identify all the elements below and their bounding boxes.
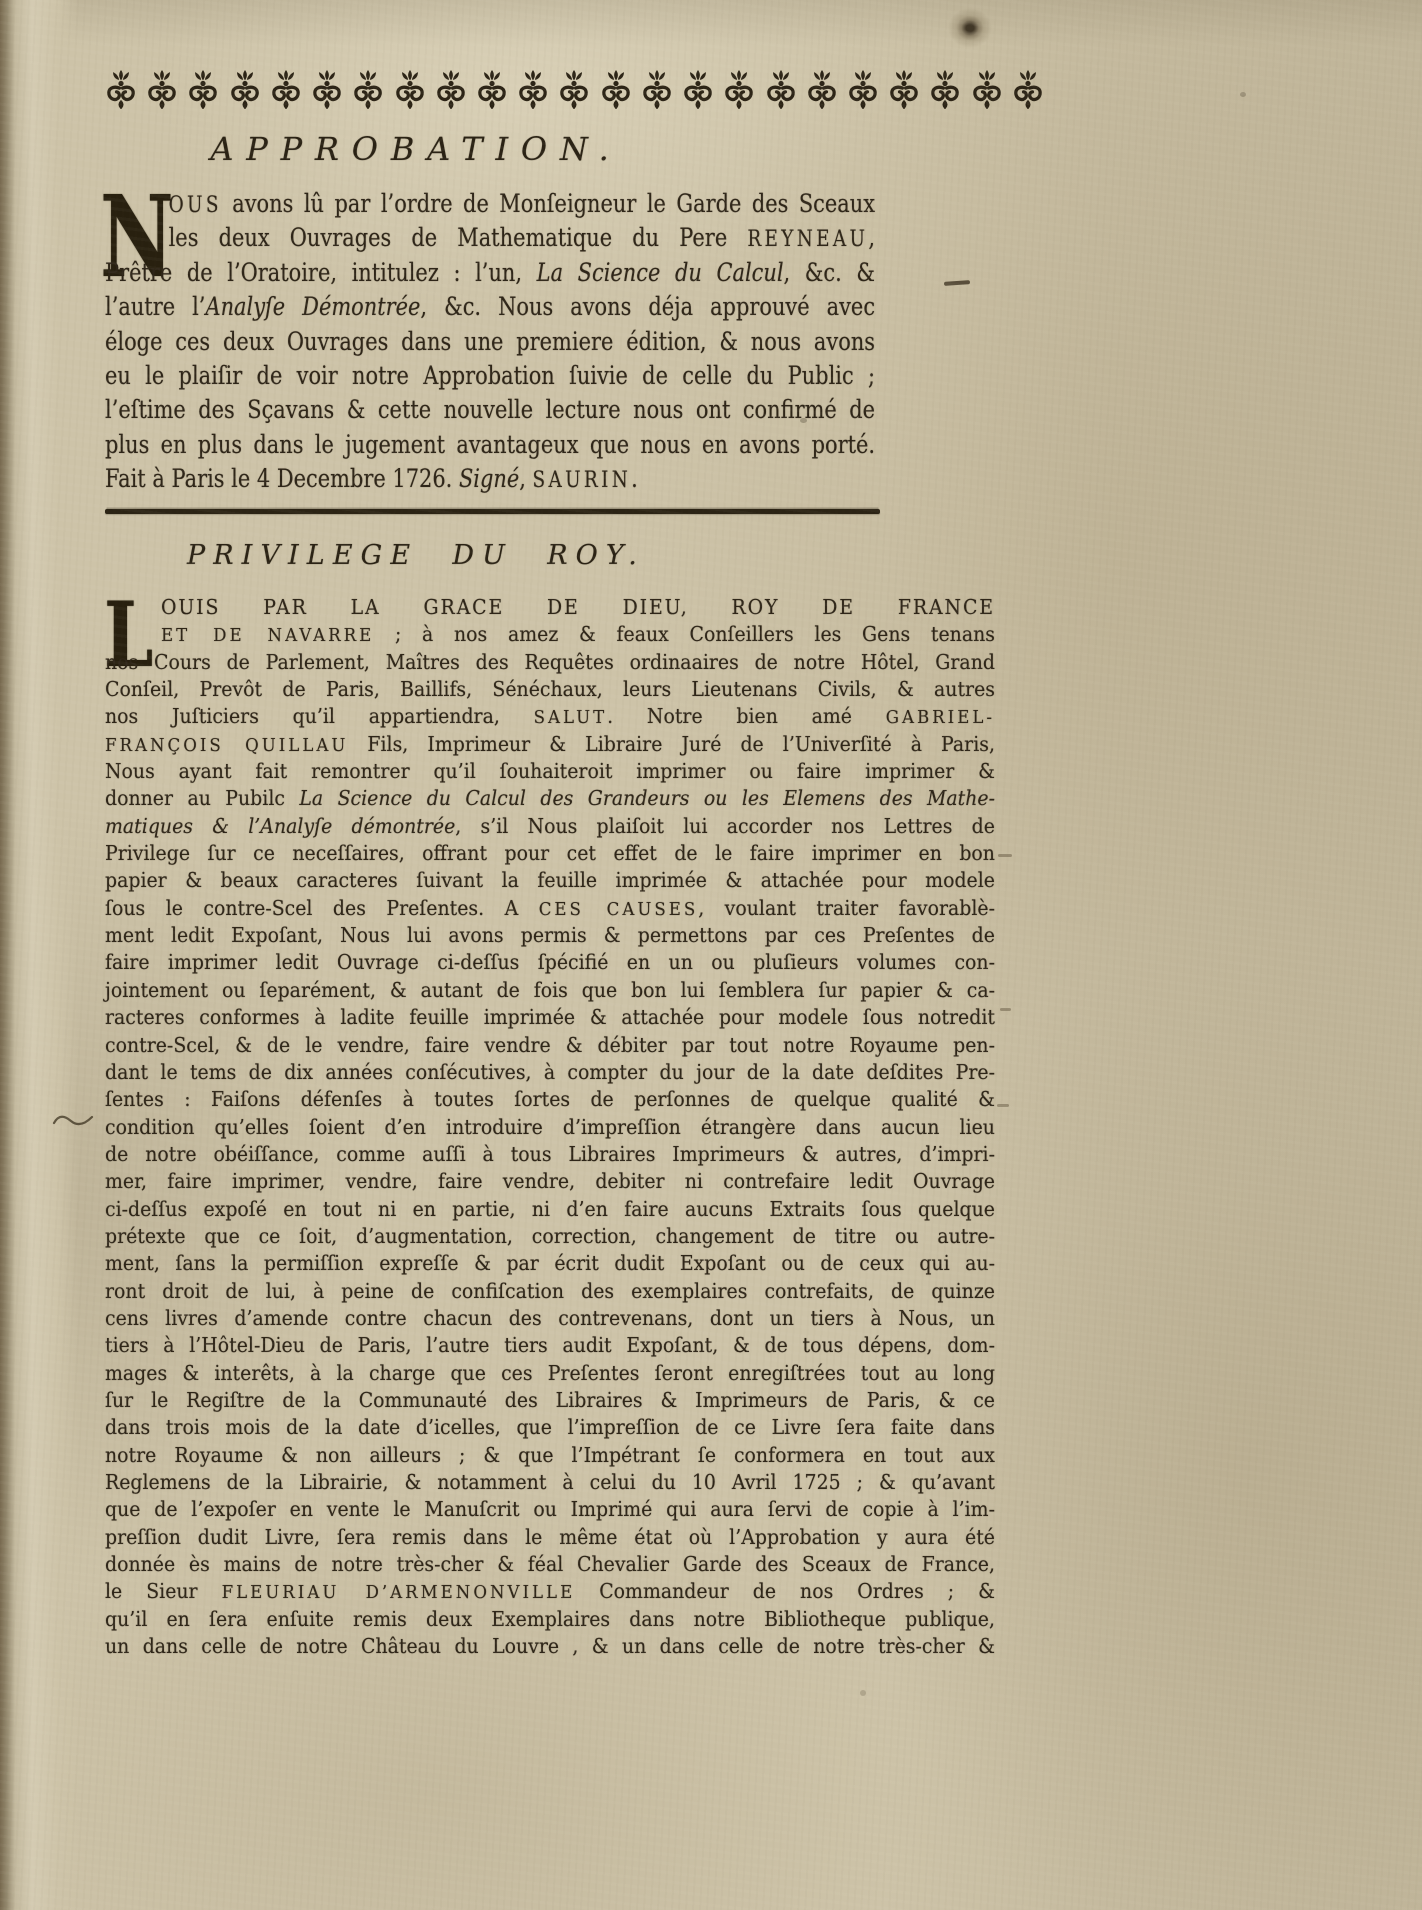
text-line: l’eſtime des Sçavans & cette nouvelle le…: [105, 393, 875, 427]
text-segment: avons lû par l’ordre de Monſeigneur le G…: [222, 189, 875, 218]
text-line: dans trois mois de la date d’icelles, qu…: [105, 1414, 995, 1441]
fleuron-icon: [599, 69, 633, 109]
text-segment: de notre obéiſſance, comme auſſi à tous …: [105, 1142, 995, 1166]
paper-speck: [1240, 92, 1246, 97]
text-segment: mer, faire imprimer, vendre, faire vendr…: [105, 1169, 995, 1193]
text-segment: Privilege ſur ce neceſſaires, offrant po…: [105, 841, 995, 865]
text-segment: éloge ces deux Ouvrages dans une premier…: [105, 327, 875, 356]
text-segment: FRANÇOIS QUILLAU: [105, 735, 348, 756]
text-line: ront droit de lui, à peine de confiſcati…: [105, 1278, 995, 1305]
text-segment: , s’il Nous plaiſoit lui accorder nos Le…: [455, 814, 995, 838]
fleuron-icon: [351, 69, 385, 109]
text-line: notre Royaume & non ailleurs ; & que l’I…: [105, 1442, 995, 1469]
text-line: les deux Ouvrages de Mathematique du Per…: [105, 221, 875, 255]
text-segment: qu’il en ſera enſuite remis deux Exempla…: [105, 1607, 995, 1631]
text-segment: ci-deſſus expoſé en tout ni en partie, n…: [105, 1197, 995, 1221]
text-line: preſſion dudit Livre, ſera remis dans le…: [105, 1524, 995, 1551]
text-segment: ront droit de lui, à peine de confiſcati…: [105, 1279, 995, 1303]
fleuron-icon: [434, 69, 468, 109]
text-line: Nous ayant fait remontrer qu’il ſouhaite…: [105, 758, 995, 785]
text-segment: contre-Scel, & de le vendre, faire vendr…: [105, 1033, 995, 1057]
text-segment: Fait à Paris le 4 Decembre 1726.: [105, 464, 459, 493]
text-line: le Sieur FLEURIAU D’ARMENONVILLE Command…: [105, 1578, 995, 1605]
text-segment: ,: [519, 464, 532, 493]
text-segment: SAURIN: [533, 468, 632, 493]
text-segment: un dans celle de notre Château du Louvre…: [105, 1634, 995, 1658]
text-line: OUS avons lû par l’ordre de Monſeigneur …: [105, 187, 875, 221]
text-segment: plus en plus dans le jugement avantageux…: [105, 430, 875, 459]
text-segment: Analyſe Démontrée: [205, 292, 420, 321]
text-segment: Conſeil, Prevôt de Paris, Baillifs, Séné…: [105, 677, 995, 701]
margin-squiggle-mark: [52, 1112, 96, 1130]
text-segment: donner au Pubilc: [105, 786, 299, 810]
text-line: donnée ès mains de notre très-cher & féa…: [105, 1551, 995, 1578]
text-segment: preſſion dudit Livre, ſera remis dans le…: [105, 1525, 995, 1549]
text-line: OUIS PAR LA GRACE DE DIEU, ROY DE FRANCE: [105, 594, 995, 621]
text-segment: Signé: [459, 464, 519, 493]
text-segment: Nous ayant fait remontrer qu’il ſouhaite…: [105, 759, 995, 783]
text-segment: La Science du Calcul des Grandeurs ou le…: [299, 786, 995, 810]
text-line: prétexte que ce ſoit, d’augmentation, co…: [105, 1223, 995, 1250]
text-line: racteres conformes à ladite feuille impr…: [105, 1004, 995, 1031]
text-segment: dant le tems de dix années conſécutives,…: [105, 1060, 995, 1084]
section-divider-rule: [105, 509, 880, 514]
fleuron-icon: [310, 69, 344, 109]
text-segment: matiques & l’Analyſe démontrée: [105, 814, 455, 838]
text-segment: faire imprimer ledit Ouvrage ci-deſſus ſ…: [105, 950, 995, 974]
text-segment: OUIS PAR LA GRACE DE DIEU, ROY DE FRANCE: [161, 595, 995, 619]
text-line: matiques & l’Analyſe démontrée, s’il Nou…: [105, 813, 995, 840]
fleuron-icon: [557, 69, 591, 109]
fleuron-icon: [805, 69, 839, 109]
text-line: mer, faire imprimer, vendre, faire vendr…: [105, 1168, 995, 1195]
edge-mark: [998, 854, 1012, 857]
book-page-scan: APPROBATION. N OUS avons lû par l’ordre …: [0, 0, 1422, 1910]
text-segment: , &c. &: [784, 258, 876, 287]
fleuron-icon: [228, 69, 262, 109]
text-segment: jointement ou ſeparément, & autant de fo…: [105, 978, 995, 1002]
privilege-heading: PRIVILEGE DU ROY.: [105, 540, 727, 571]
text-line: nos Cours de Parlement, Maîtres des Requ…: [105, 649, 995, 676]
text-line: ſur le Regiſtre de la Communauté des Lib…: [105, 1387, 995, 1414]
text-segment: prétexte que ce ſoit, d’augmentation, co…: [105, 1224, 995, 1248]
text-segment: ET DE NAVARRE: [161, 625, 374, 646]
text-segment: Prêtre de l’Oratoire, intitulez : l’un,: [105, 258, 537, 287]
text-line: qu’il en ſera enſuite remis deux Exempla…: [105, 1606, 995, 1633]
text-line: eu le plaiſir de voir notre Approbation …: [105, 359, 875, 393]
text-segment: l’eſtime des Sçavans & cette nouvelle le…: [105, 395, 875, 424]
text-line: Prêtre de l’Oratoire, intitulez : l’un, …: [105, 256, 875, 290]
text-segment: SALUT: [534, 707, 608, 728]
text-line: plus en plus dans le jugement avantageux…: [105, 428, 875, 462]
ornament-row: [104, 68, 1045, 110]
text-line: condition qu’elles ſoient d’en introduir…: [105, 1114, 995, 1141]
text-line: de notre obéiſſance, comme auſſi à tous …: [105, 1141, 995, 1168]
text-line: cens livres d’amende contre chacun des c…: [105, 1305, 995, 1332]
fleuron-icon: [928, 69, 962, 109]
text-segment: ſentes : Faiſons défenſes à toutes ſorte…: [105, 1087, 995, 1111]
text-line: l’autre l’Analyſe Démontrée, &c. Nous av…: [105, 290, 875, 324]
fleuron-icon: [722, 69, 756, 109]
text-segment: CES CAUSES: [539, 899, 699, 920]
text-line: ET DE NAVARRE ; à nos amez & feaux Conſe…: [105, 621, 995, 648]
text-segment: GABRIEL-: [886, 707, 995, 728]
edge-mark: [1000, 1008, 1011, 1011]
text-segment: racteres conformes à ladite feuille impr…: [105, 1005, 995, 1029]
text-segment: les deux Ouvrages de Mathematique du Per…: [169, 223, 748, 252]
text-line: Conſeil, Prevôt de Paris, Baillifs, Séné…: [105, 676, 995, 703]
fleuron-icon: [970, 69, 1004, 109]
fleuron-icon: [846, 69, 880, 109]
text-line: un dans celle de notre Château du Louvre…: [105, 1633, 995, 1660]
text-segment: .: [631, 464, 638, 493]
fleuron-icon: [475, 69, 509, 109]
fleuron-icon: [681, 69, 715, 109]
text-segment: notre Royaume & non ailleurs ; & que l’I…: [105, 1443, 995, 1467]
text-line: que de l’expoſer en vente le Manuſcrit o…: [105, 1496, 995, 1523]
text-segment: ,: [868, 223, 875, 252]
fleuron-icon: [1011, 69, 1045, 109]
text-segment: condition qu’elles ſoient d’en introduir…: [105, 1115, 995, 1139]
text-segment: La Science du Calcul: [537, 258, 784, 287]
text-line: éloge ces deux Ouvrages dans une premier…: [105, 325, 875, 359]
text-segment: ſous le contre-Scel des Preſentes. A: [105, 896, 539, 920]
text-segment: Commandeur de nos Ordres ; &: [575, 1579, 995, 1603]
text-line: nos Juſticiers qu’il appartiendra, SALUT…: [105, 703, 995, 730]
text-segment: ; à nos amez & feaux Conſeillers les Gen…: [374, 622, 995, 646]
text-segment: papier & beaux caracteres ſuivant la feu…: [105, 868, 995, 892]
approbation-heading: APPROBATION.: [105, 130, 727, 168]
text-line: contre-Scel, & de le vendre, faire vendr…: [105, 1032, 995, 1059]
text-line: jointement ou ſeparément, & autant de fo…: [105, 977, 995, 1004]
text-segment: que de l’expoſer en vente le Manuſcrit o…: [105, 1497, 995, 1521]
text-line: FRANÇOIS QUILLAU Fils, Imprimeur & Libra…: [105, 731, 995, 758]
text-line: ci-deſſus expoſé en tout ni en partie, n…: [105, 1196, 995, 1223]
text-segment: mages & interêts, à la charge que ces Pr…: [105, 1361, 995, 1385]
text-line: ſentes : Faiſons défenſes à toutes ſorte…: [105, 1086, 995, 1113]
text-line: papier & beaux caracteres ſuivant la feu…: [105, 867, 995, 894]
text-line: tiers à l’Hôtel-Dieu de Paris, l’autre t…: [105, 1332, 995, 1359]
text-segment: ment, ſans la permiſſion expreſſe & par …: [105, 1251, 995, 1275]
edge-mark: [997, 1104, 1009, 1107]
fleuron-icon: [764, 69, 798, 109]
text-segment: Reglemens de la Librairie, & notamment à…: [105, 1470, 995, 1494]
text-line: Privilege ſur ce neceſſaires, offrant po…: [105, 840, 995, 867]
text-segment: Fils, Imprimeur & Libraire Juré de l’Uni…: [348, 732, 995, 756]
text-line: Reglemens de la Librairie, & notamment à…: [105, 1469, 995, 1496]
text-segment: dans trois mois de la date d’icelles, qu…: [105, 1415, 995, 1439]
text-segment: , voulant traiter favorablè-: [698, 896, 995, 920]
text-segment: FLEURIAU D’ARMENONVILLE: [222, 1582, 576, 1603]
text-segment: eu le plaiſir de voir notre Approbation …: [105, 361, 875, 390]
text-segment: l’autre l’: [105, 292, 205, 321]
fleuron-icon: [104, 69, 138, 109]
text-line: faire imprimer ledit Ouvrage ci-deſſus ſ…: [105, 949, 995, 976]
text-line: mages & interêts, à la charge que ces Pr…: [105, 1360, 995, 1387]
text-line: Fait à Paris le 4 Decembre 1726. Signé, …: [105, 462, 875, 496]
text-line: ſous le contre-Scel des Preſentes. A CES…: [105, 895, 995, 922]
text-segment: , &c. Nous avons déja approuvé avec: [420, 292, 875, 321]
fleuron-icon: [887, 69, 921, 109]
pen-stroke-mark: [944, 280, 970, 286]
fleuron-icon: [393, 69, 427, 109]
text-segment: OUS: [169, 193, 222, 218]
fleuron-icon: [186, 69, 220, 109]
text-segment: cens livres d’amende contre chacun des c…: [105, 1306, 995, 1330]
text-segment: nos Cours de Parlement, Maîtres des Requ…: [105, 650, 995, 674]
text-line: ment ledit Expoſant, Nous lui avons perm…: [105, 922, 995, 949]
text-line: donner au Pubilc La Science du Calcul de…: [105, 785, 995, 812]
ink-spot: [948, 8, 992, 48]
fleuron-icon: [516, 69, 550, 109]
text-segment: tiers à l’Hôtel-Dieu de Paris, l’autre t…: [105, 1333, 995, 1357]
text-segment: REYNEAU: [747, 227, 868, 252]
text-segment: nos Juſticiers qu’il appartiendra,: [105, 704, 534, 728]
paper-speck: [860, 1690, 866, 1696]
privilege-paragraph: OUIS PAR LA GRACE DE DIEU, ROY DE FRANCE…: [105, 594, 995, 1660]
text-line: ment, ſans la permiſſion expreſſe & par …: [105, 1250, 995, 1277]
text-segment: . Notre bien amé: [607, 704, 886, 728]
fleuron-icon: [640, 69, 674, 109]
text-segment: ſur le Regiſtre de la Communauté des Lib…: [105, 1388, 995, 1412]
text-segment: le Sieur: [105, 1579, 222, 1603]
text-segment: ment ledit Expoſant, Nous lui avons perm…: [105, 923, 995, 947]
fleuron-icon: [269, 69, 303, 109]
text-segment: donnée ès mains de notre très-cher & féa…: [105, 1552, 995, 1576]
text-line: dant le tems de dix années conſécutives,…: [105, 1059, 995, 1086]
fleuron-icon: [145, 69, 179, 109]
approbation-paragraph: OUS avons lû par l’ordre de Monſeigneur …: [105, 187, 875, 497]
